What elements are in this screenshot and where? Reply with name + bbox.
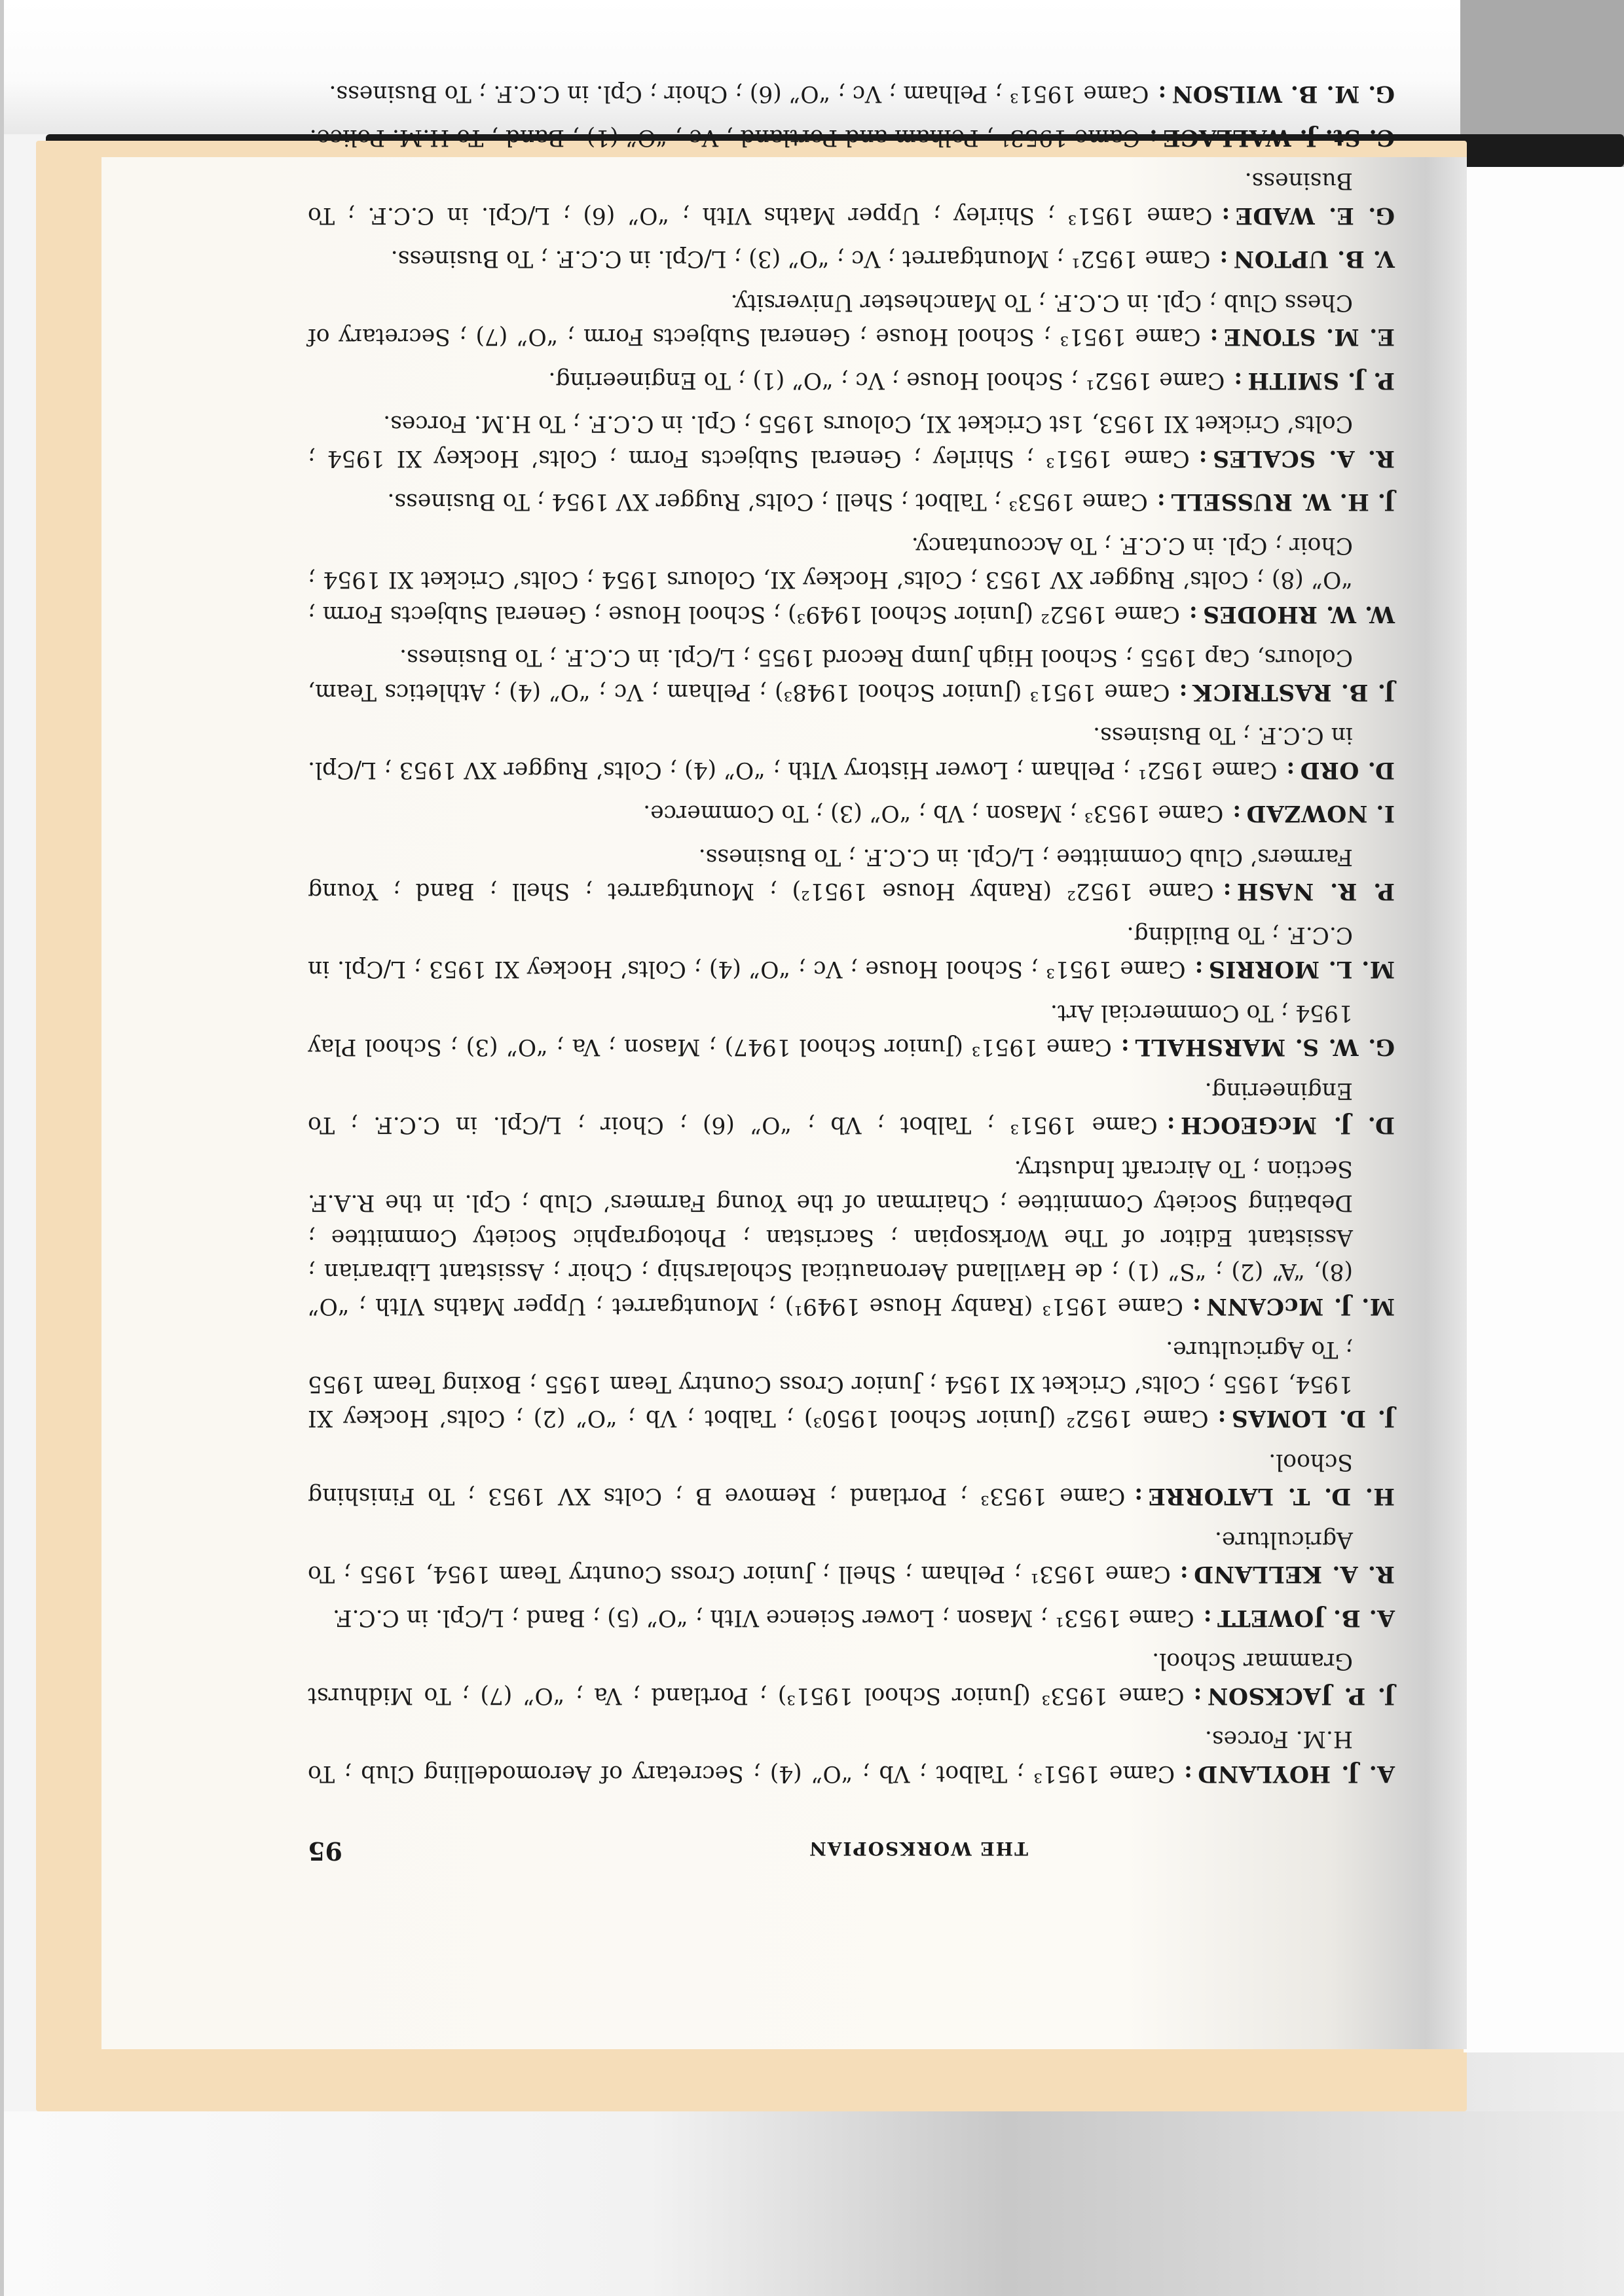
- list-item: A. B. JOWETT:Came 1953¹ ; Mason ; Lower …: [308, 1601, 1395, 1635]
- list-item: V. B. UPTON:Came 1952¹ ; Mountgarret ; V…: [308, 242, 1395, 276]
- entry-text: Came 1951³ ; Shirley ; Upper Maths VIth …: [308, 168, 1353, 229]
- list-item: J. P. JACKSON:Came 1953³ (Junior School …: [308, 1644, 1395, 1713]
- list-item: D. ORD:Came 1952¹ ; Pelham ; Lower Histo…: [308, 718, 1395, 787]
- entry-name: C. St. J. WALLACE: [1163, 124, 1395, 151]
- entry-name: E. M. STONE: [1223, 324, 1395, 350]
- entry-name: J. P. JACKSON: [1207, 1683, 1395, 1709]
- list-item: J. D. LOMAS:Came 1952² (Junior School 19…: [308, 1332, 1395, 1436]
- entry-name: J. H. W. RUSSELL: [1171, 489, 1395, 515]
- list-item: G. M. B. WILSON:Came 1951³ ; Pelham ; Vc…: [308, 77, 1395, 111]
- list-item: J. H. W. RUSSELL:Came 1953³ ; Talbot ; S…: [308, 484, 1395, 519]
- entry-text: Came 1951³ ; Talbot ; Vb ; “O” (4) ; Sec…: [308, 1726, 1353, 1787]
- scan-left-edge: [0, 0, 4, 2296]
- list-item: D. J. McGEOCH:Came 1951³ ; Talbot ; Vb ;…: [308, 1074, 1395, 1142]
- entry-text: Came 1953¹ ; Mason ; Lower Science VIth …: [333, 1605, 1194, 1631]
- page-number: 95: [308, 1836, 342, 1866]
- list-item: C. St. J. WALLACE:Came 1953¹ ; Pelham an…: [308, 120, 1395, 155]
- list-item: I. NOWZAD:Came 1953³ ; Mason ; Vb ; “O” …: [308, 796, 1395, 831]
- list-item: G. E. WADE:Came 1951³ ; Shirley ; Upper …: [308, 164, 1395, 232]
- entry-text: Came 1952¹ ; School House ; Vc ; “O” (1)…: [548, 367, 1225, 393]
- entry-name: D. J. McGEOCH: [1180, 1112, 1395, 1139]
- entry-name: H. D. T. LATORRE: [1148, 1484, 1395, 1510]
- running-title: THE WORKSOPIAN: [808, 1838, 1028, 1859]
- entry-name: J. D. LOMAS: [1231, 1406, 1395, 1432]
- list-item: A. J. HOYLAND:Came 1951³ ; Talbot ; Vb ;…: [308, 1722, 1395, 1791]
- entry-text: Came 1952² (Junior School 1950³) ; Talbo…: [308, 1337, 1353, 1432]
- entry-text: Came 1953¹ ; Pelham and Portland ; Vc ; …: [310, 124, 1140, 151]
- entry-name: G. E. WADE: [1235, 202, 1395, 228]
- entry-name: M. J. McCANN: [1206, 1293, 1395, 1319]
- entry-text: Came 1953³ ; Mason ; Vb ; “O” (3) ; To C…: [643, 801, 1223, 827]
- list-item: H. D. T. LATORRE:Came 1953³ ; Portland ;…: [308, 1445, 1395, 1514]
- adjacent-page: [1464, 167, 1624, 2052]
- list-item: M. L. MORRIS:Came 1951³ ; School House ;…: [308, 918, 1395, 987]
- list-item: G. W. S. MARSHALL:Came 1951³ (Junior Sch…: [308, 996, 1395, 1065]
- list-item: J. B. RASTRICK:Came 1951³ (Junior School…: [308, 640, 1395, 709]
- list-item: M. J. McCANN:Came 1951³ (Ranby House 194…: [308, 1152, 1395, 1324]
- entry-text: Came 1952² (Ranby House 1951²) ; Mountga…: [308, 844, 1353, 905]
- entry-name: P. J. SMITH: [1247, 367, 1395, 393]
- running-head: THE WORKSOPIAN 95: [308, 1836, 1395, 1866]
- list-item: W. W. RHODES:Came 1952² (Junior School 1…: [308, 528, 1395, 632]
- entry-name: W. W. RHODES: [1203, 601, 1395, 627]
- scanner-background-bottom: [0, 2111, 1624, 2296]
- entry-text: Came 1952¹ ; Pelham ; Lower History VIth…: [308, 723, 1353, 784]
- list-item: R. A. SCALES:Came 1951³ ; Shirley ; Gene…: [308, 407, 1395, 475]
- entry-text: Came 1951³ ; Shirley ; General Subjects …: [308, 411, 1353, 472]
- entry-name: A. J. HOYLAND: [1198, 1760, 1395, 1787]
- entry-name: G. M. B. WILSON: [1172, 81, 1395, 107]
- entry-name: G. W. S. MARSHALL: [1135, 1034, 1395, 1061]
- entry-name: A. B. JOWETT: [1217, 1605, 1395, 1631]
- entry-name: D. ORD: [1300, 757, 1395, 783]
- page-content-upside-down: THE WORKSOPIAN 95 A. J. HOYLAND:Came 195…: [308, 386, 1395, 1866]
- entry-text: Came 1951³ ; Pelham ; Vc ; “O” (6) ; Cho…: [329, 81, 1149, 107]
- entry-name: M. L. MORRIS: [1208, 957, 1395, 983]
- entry-text: Came 1951³ ; School House ; General Subj…: [308, 289, 1353, 350]
- leavers-list: A. J. HOYLAND:Came 1951³ ; Talbot ; Vb ;…: [308, 77, 1395, 1791]
- entry-name: J. B. RASTRICK: [1192, 679, 1395, 705]
- entry-name: R. A. KELLAND: [1194, 1561, 1395, 1588]
- list-item: P. R. NASH:Came 1952² (Ranby House 1951²…: [308, 840, 1395, 909]
- entry-name: V. B. UPTON: [1233, 246, 1395, 272]
- entry-text: Came 1953³ ; Talbot ; Shell ; Colts’ Rug…: [387, 489, 1148, 515]
- entry-name: R. A. SCALES: [1213, 445, 1395, 471]
- list-item: P. J. SMITH:Came 1952¹ ; School House ; …: [308, 363, 1395, 398]
- entry-text: Came 1952¹ ; Mountgarret ; Vc ; “O” (3) …: [391, 246, 1211, 272]
- list-item: E. M. STONE:Came 1951³ ; School House ; …: [308, 285, 1395, 354]
- entry-name: P. R. NASH: [1236, 879, 1395, 905]
- entry-name: I. NOWZAD: [1246, 801, 1395, 827]
- list-item: R. A. KELLAND:Came 1953¹ ; Pelham ; Shel…: [308, 1523, 1395, 1592]
